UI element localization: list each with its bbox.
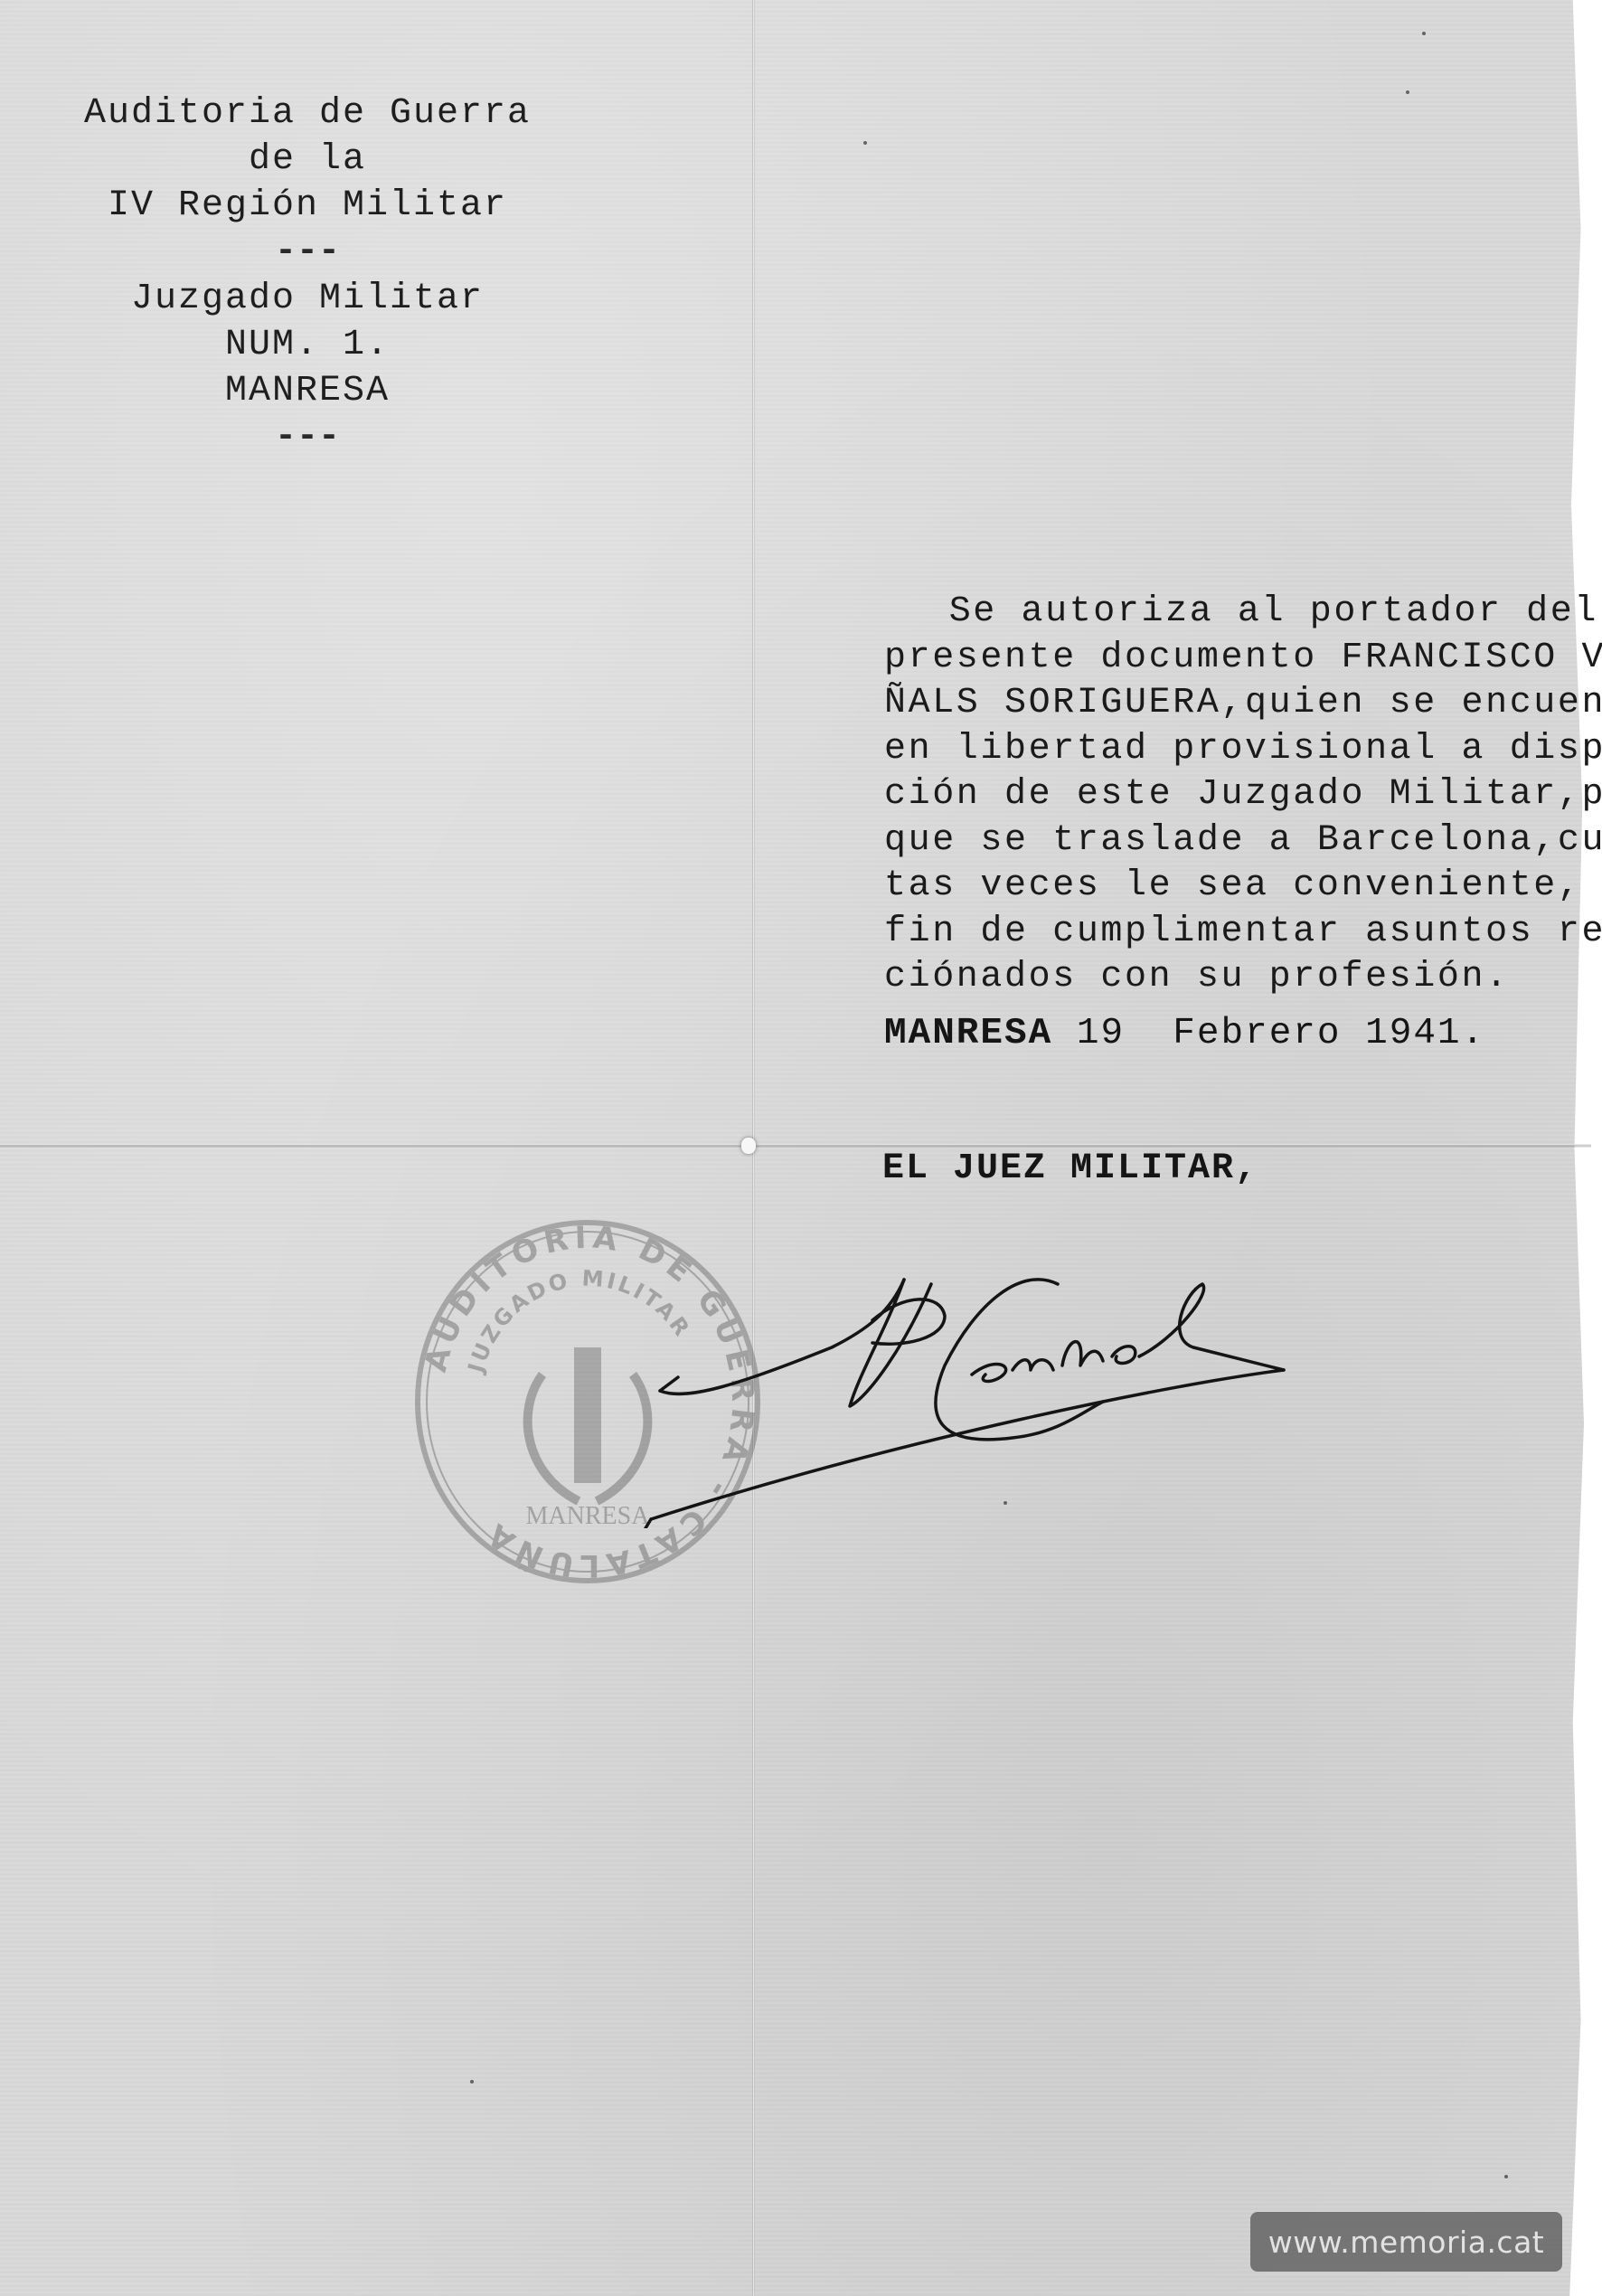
- body-line: que se traslade a Barcelona,cuan--: [884, 818, 1598, 865]
- letterhead-separator: ---: [36, 414, 579, 461]
- letterhead: Auditoria de Guerra de la IV Región Mili…: [36, 90, 579, 461]
- body-line: fin de cumplimentar asuntos rela-: [884, 910, 1598, 956]
- body-line: ÑALS SORIGUERA,quien se encuentra: [884, 681, 1598, 727]
- paper-speck: [1504, 2175, 1508, 2178]
- paper-speck: [1406, 90, 1409, 94]
- watermark-badge: www.memoria.cat: [1250, 2212, 1562, 2272]
- letterhead-separator: ---: [36, 229, 579, 276]
- paper-speck: [470, 2080, 474, 2083]
- fold-intersection-hole: [741, 1138, 756, 1154]
- signatory-title: EL JUEZ MILITAR,: [882, 1148, 1258, 1189]
- watermark-text: www.memoria.cat: [1268, 2225, 1544, 2260]
- body-line: en libertad provisional a disposi: [884, 727, 1598, 773]
- letterhead-line-city: MANRESA: [36, 368, 579, 414]
- handwritten-signature: [633, 1230, 1474, 1528]
- authorization-paragraph: Se autoriza al portador del presente doc…: [884, 590, 1598, 1001]
- paper-speck: [863, 141, 867, 145]
- body-line: ción de este Juzgado Militar,para: [884, 772, 1598, 818]
- horizontal-fold-crease: [0, 1144, 1591, 1148]
- date-year: 1941.: [1365, 1013, 1485, 1054]
- letterhead-line-num: NUM. 1.: [36, 322, 579, 368]
- letterhead-line-region: IV Región Militar: [36, 183, 579, 229]
- date-day: 19: [1077, 1013, 1125, 1054]
- date-place: MANRESA: [884, 1013, 1052, 1054]
- date-line: MANRESA 19 Febrero 1941.: [884, 1013, 1485, 1054]
- stamp-center-text: MANRESA: [526, 1502, 651, 1530]
- body-line: Se autoriza al portador del: [864, 590, 1598, 636]
- body-line: ciónados con su profesión.: [884, 955, 1598, 1001]
- body-line: presente documento FRANCISCO VI-: [884, 636, 1598, 682]
- body-line: tas veces le sea conveniente, a -: [884, 864, 1598, 910]
- date-month: Febrero: [1173, 1013, 1341, 1054]
- letterhead-line-juzgado: Juzgado Militar: [36, 276, 579, 322]
- stamp-emblem-icon: [528, 1347, 648, 1501]
- paper-speck: [1422, 32, 1426, 35]
- letterhead-line-auditoria: Auditoria de Guerra: [36, 90, 579, 137]
- letterhead-line-de-la: de la: [36, 137, 579, 183]
